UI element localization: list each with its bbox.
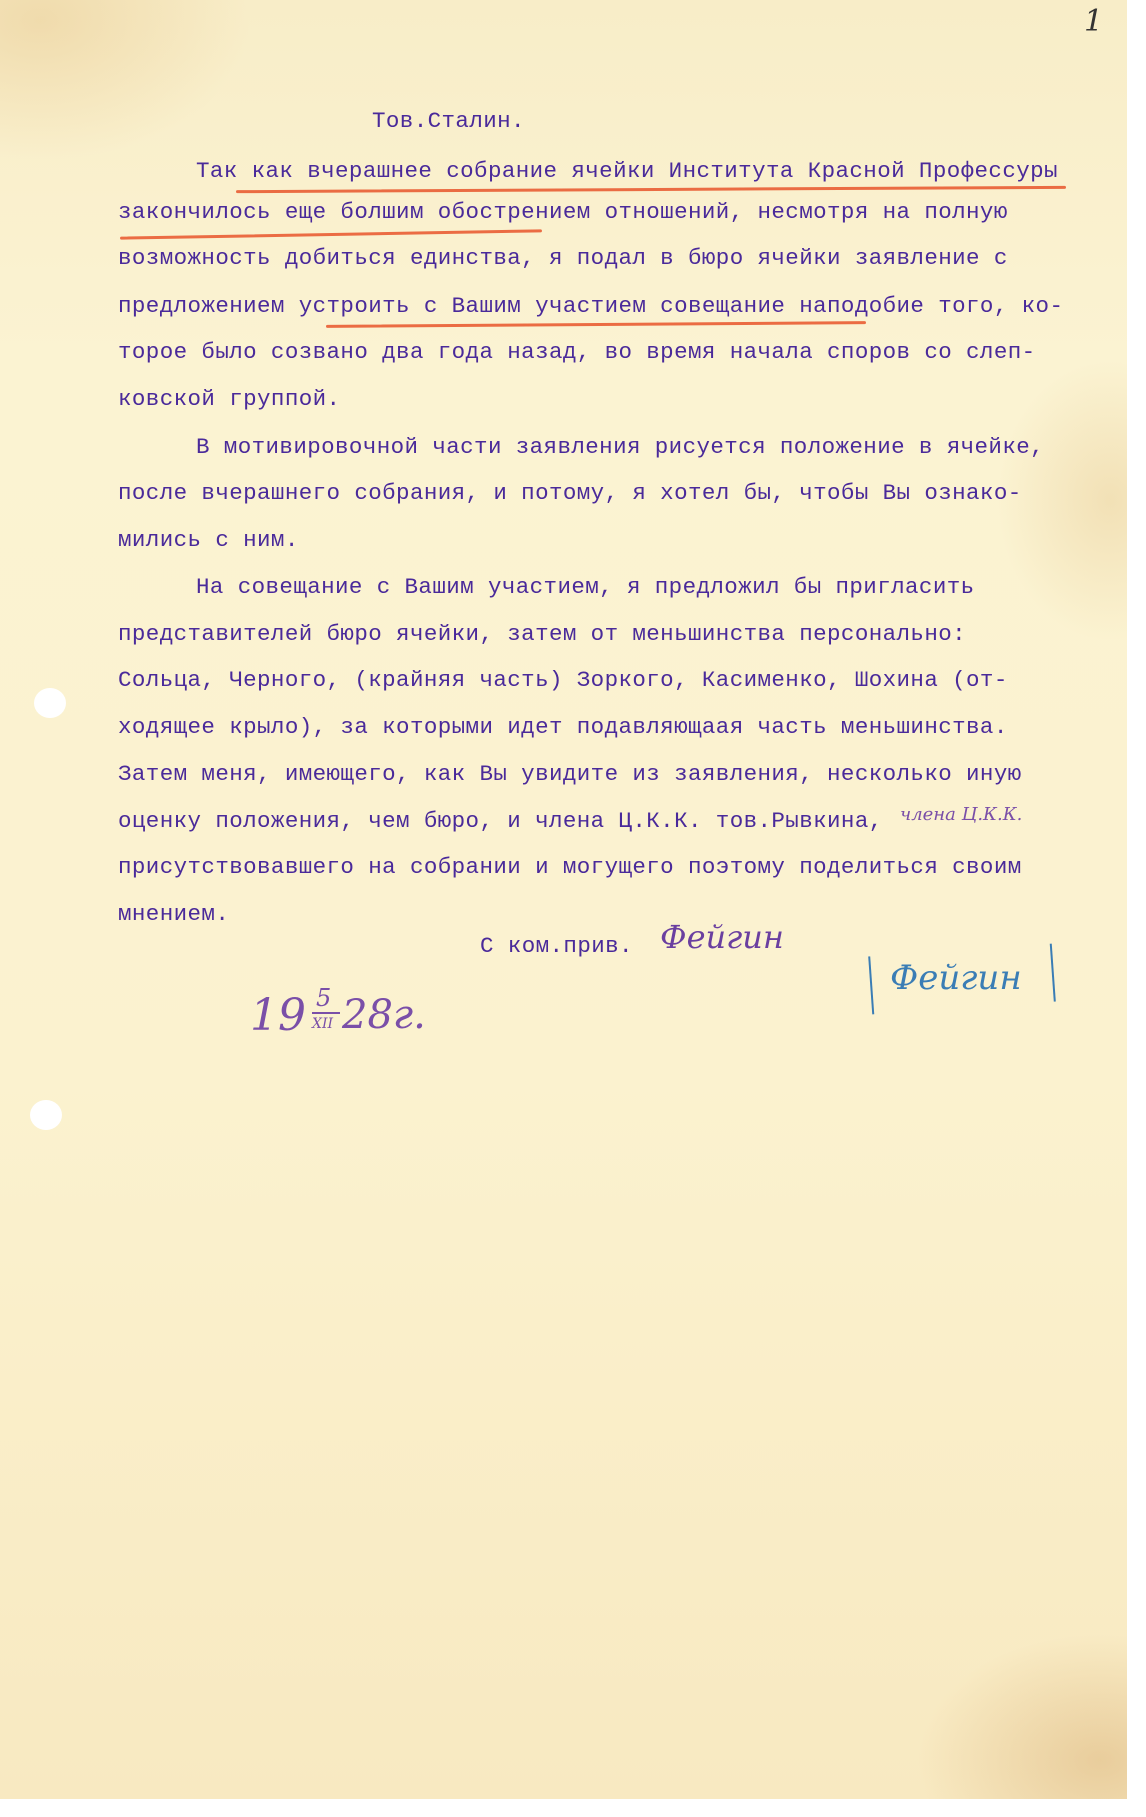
hole-punch-top: [34, 688, 66, 718]
date-fraction-line: [312, 1012, 340, 1014]
date-month-bottom: XII: [312, 1016, 333, 1032]
body-line: Сольца, Черного, (крайняя часть) Зоркого…: [118, 669, 1008, 692]
body-line: ходящее крыло), за которыми идет подавля…: [118, 716, 1008, 739]
body-line: оценку положения, чем бюро, и члена Ц.К.…: [118, 810, 883, 833]
body-line: мились с ним.: [118, 529, 299, 552]
closing: С ком.прив.: [480, 935, 633, 958]
body-line: присутствовавшего на собрании и могущего…: [118, 856, 1022, 879]
body-line: предложением устроить с Вашим участием с…: [118, 295, 1063, 318]
body-line: Затем меня, имеющего, как Вы увидите из …: [118, 763, 1022, 786]
date-month-top: 5: [316, 984, 331, 1012]
body-line: мнением.: [118, 903, 229, 926]
body-line: ковской группой.: [118, 388, 340, 411]
signature: Фейгин: [660, 918, 784, 956]
date-year: 28г.: [342, 992, 426, 1038]
salutation: Тов.Сталин.: [372, 110, 525, 133]
date-day: 19: [250, 990, 306, 1041]
hole-punch-bottom: [30, 1100, 62, 1130]
body-line: представителей бюро ячейки, затем от мен…: [118, 623, 966, 646]
body-line: торое было созвано два года назад, во вр…: [118, 341, 1036, 364]
body-line: В мотивировочной части заявления рисуетс…: [196, 436, 1044, 459]
page-number: 1: [1084, 4, 1103, 39]
body-line: Так как вчерашнее собрание ячейки Инстит…: [196, 160, 1058, 183]
body-line: возможность добиться единства, я подал в…: [118, 247, 1008, 270]
handwritten-insert: члена Ц.К.К.: [900, 804, 1022, 825]
body-line: после вчерашнего собрания, и потому, я х…: [118, 482, 1022, 505]
body-line: На совещание с Вашим участием, я предлож…: [196, 576, 975, 599]
body-line: закончилось еще болшим обострением отнош…: [118, 201, 1008, 224]
typed-signature-name: Фейгин: [890, 958, 1022, 998]
